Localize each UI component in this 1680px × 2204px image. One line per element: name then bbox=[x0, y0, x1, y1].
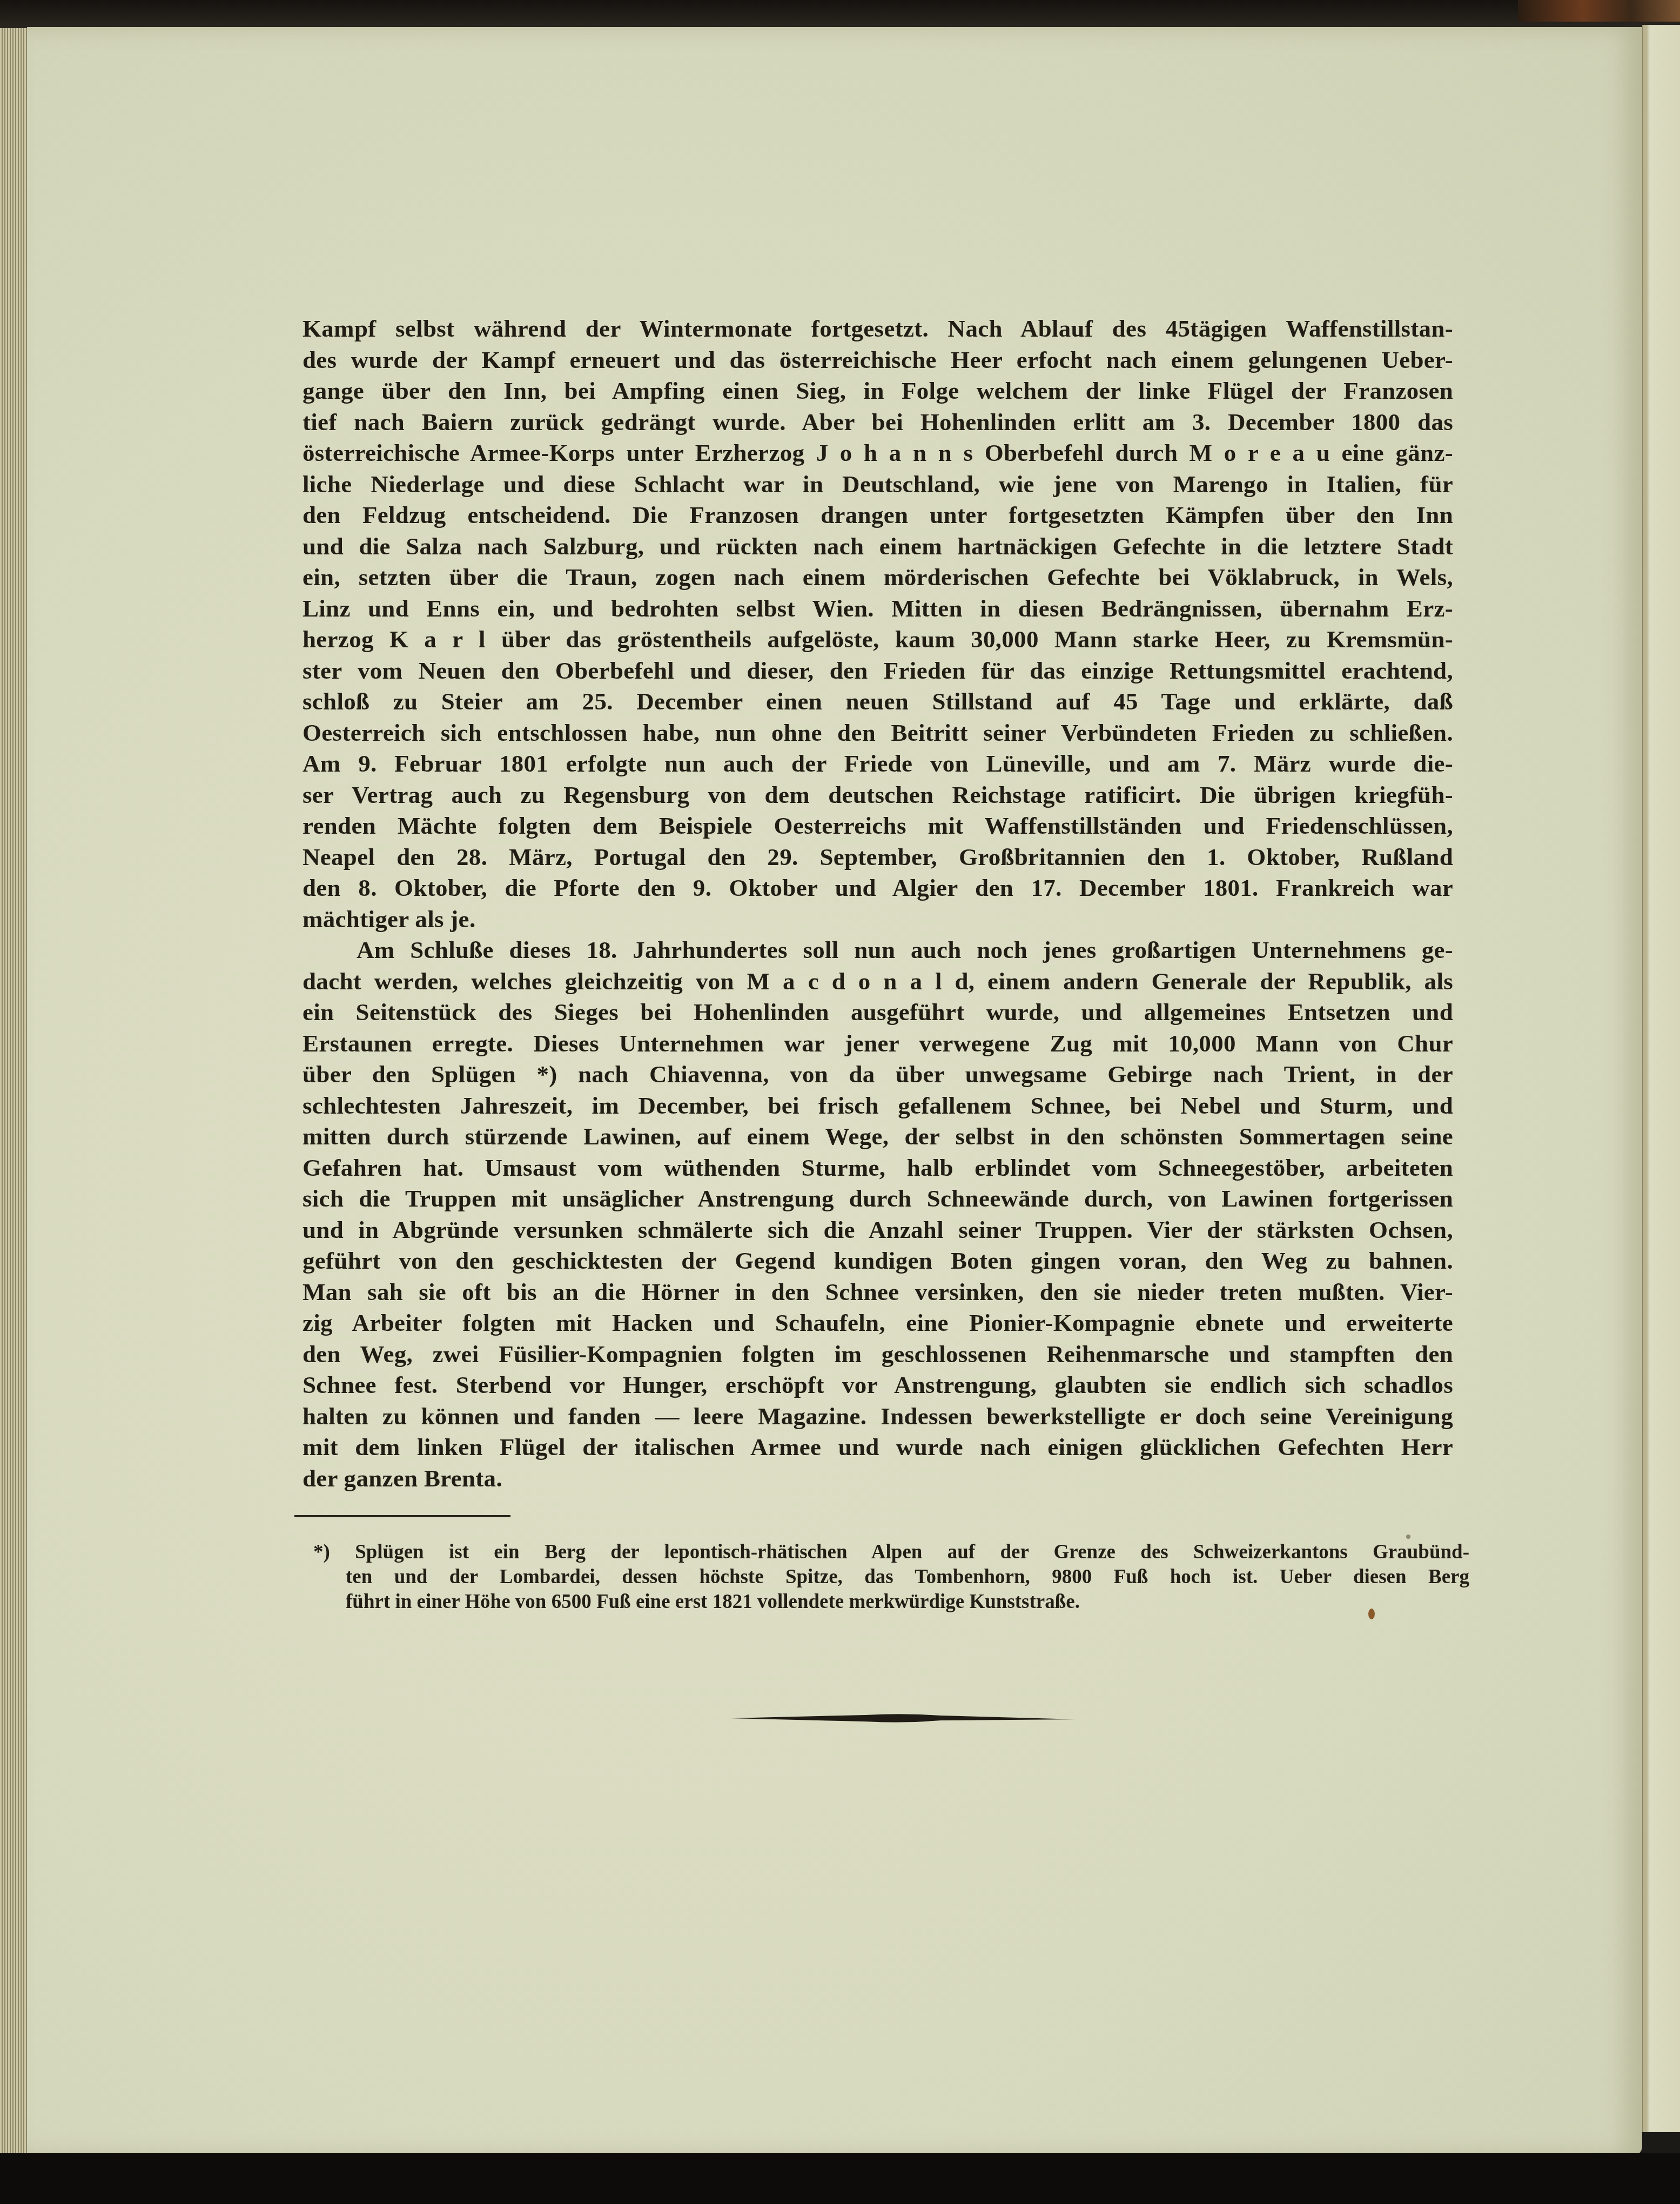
text-line: über den Splügen *) nach Chiavenna, von … bbox=[303, 1059, 1453, 1090]
footnote: *) Splügen ist ein Berg der lepontisch-r… bbox=[313, 1540, 1469, 1615]
text-line: herzog K a r l über das gröstentheils au… bbox=[303, 624, 1453, 655]
text-line: zig Arbeiter folgten mit Hacken und Scha… bbox=[303, 1308, 1453, 1339]
text-line: liche Niederlage und diese Schlacht war … bbox=[303, 469, 1453, 500]
text-line: Schnee fest. Sterbend vor Hunger, erschö… bbox=[303, 1370, 1453, 1401]
footnote-text: Splügen ist ein Berg der lepontisch-rhät… bbox=[355, 1541, 1469, 1563]
text-line: ser Vertrag auch zu Regensburg von dem d… bbox=[303, 780, 1453, 811]
text-line: ein, setzten über die Traun, zogen nach … bbox=[303, 562, 1453, 593]
text-line: Gefahren hat. Umsaust vom wüthenden Stur… bbox=[303, 1153, 1453, 1184]
footnote-line-1: *) Splügen ist ein Berg der lepontisch-r… bbox=[313, 1540, 1469, 1565]
text-line: mächtiger als je. bbox=[303, 904, 1453, 935]
text-line: den Weg, zwei Füsilier-Kompagnien folgte… bbox=[303, 1339, 1453, 1370]
text-line: den Feldzug entscheidend. Die Franzosen … bbox=[303, 500, 1453, 531]
scan-background-top bbox=[0, 0, 1680, 28]
text-line: gange über den Inn, bei Ampfing einen Si… bbox=[303, 376, 1453, 407]
text-line: österreichische Armee-Korps unter Erzher… bbox=[303, 438, 1453, 469]
binding-corner bbox=[1518, 0, 1680, 22]
text-line: Neapel den 28. März, Portugal den 29. Se… bbox=[303, 842, 1453, 873]
text-line: geführt von den geschicktesten der Gegen… bbox=[303, 1245, 1453, 1277]
text-line: halten zu können und fanden — leere Maga… bbox=[303, 1401, 1453, 1432]
paragraph-1: Kampf selbst während der Wintermonate fo… bbox=[303, 313, 1453, 935]
text-line: und in Abgründe versunken schmälerte sic… bbox=[303, 1215, 1453, 1246]
text-line: schloß zu Steier am 25. December einen n… bbox=[303, 686, 1453, 718]
text-line: und die Salza nach Salzburg, und rückten… bbox=[303, 531, 1453, 562]
paragraph-2: Am Schluße dieses 18. Jahrhundertes soll… bbox=[303, 935, 1453, 1494]
paper-speck bbox=[1406, 1535, 1410, 1539]
text-line: Am Schluße dieses 18. Jahrhundertes soll… bbox=[303, 935, 1453, 966]
text-line: schlechtesten Jahreszeit, im December, b… bbox=[303, 1090, 1453, 1122]
footnote-divider bbox=[294, 1515, 510, 1517]
text-line: Erstaunen erregte. Dieses Unternehmen wa… bbox=[303, 1028, 1453, 1060]
text-line: den 8. Oktober, die Pforte den 9. Oktobe… bbox=[303, 873, 1453, 904]
next-page-edge bbox=[1642, 25, 1680, 2132]
paper-stain bbox=[1368, 1609, 1375, 1619]
text-line: dacht werden, welches gleichzeitig von M… bbox=[303, 966, 1453, 997]
text-line: Am 9. Februar 1801 erfolgte nun auch der… bbox=[303, 748, 1453, 780]
footnote-line-2: ten und der Lombardei, dessen höchste Sp… bbox=[313, 1565, 1469, 1590]
text-line: Linz und Enns ein, und bedrohten selbst … bbox=[303, 593, 1453, 625]
text-line: Oesterreich sich entschlossen habe, nun … bbox=[303, 718, 1453, 749]
footnote-marker: *) bbox=[313, 1541, 330, 1563]
footnote-line-3: führt in einer Höhe von 6500 Fuß eine er… bbox=[313, 1590, 1469, 1615]
page-edge-stack bbox=[0, 28, 28, 2157]
text-line: mit dem linken Flügel der italischen Arm… bbox=[303, 1432, 1453, 1463]
text-line: Kampf selbst während der Wintermonate fo… bbox=[303, 313, 1453, 345]
scan-background-bottom bbox=[0, 2153, 1680, 2204]
text-line: der ganzen Brenta. bbox=[303, 1463, 1453, 1495]
text-line: des wurde der Kampf erneuert und das öst… bbox=[303, 345, 1453, 376]
text-line: tief nach Baiern zurück gedrängt wurde. … bbox=[303, 407, 1453, 438]
text-line: renden Mächte folgten dem Beispiele Oest… bbox=[303, 810, 1453, 842]
text-line: ster vom Neuen den Oberbefehl und dieser… bbox=[303, 655, 1453, 687]
end-ornament-rule bbox=[730, 1713, 1076, 1724]
text-line: mitten durch stürzende Lawinen, auf eine… bbox=[303, 1121, 1453, 1153]
body-text: Kampf selbst während der Wintermonate fo… bbox=[303, 313, 1453, 1494]
text-line: sich die Truppen mit unsäglicher Anstren… bbox=[303, 1183, 1453, 1215]
text-line: ein Seitenstück des Sieges bei Hohenlind… bbox=[303, 997, 1453, 1028]
text-line: Man sah sie oft bis an die Hörner in den… bbox=[303, 1277, 1453, 1308]
